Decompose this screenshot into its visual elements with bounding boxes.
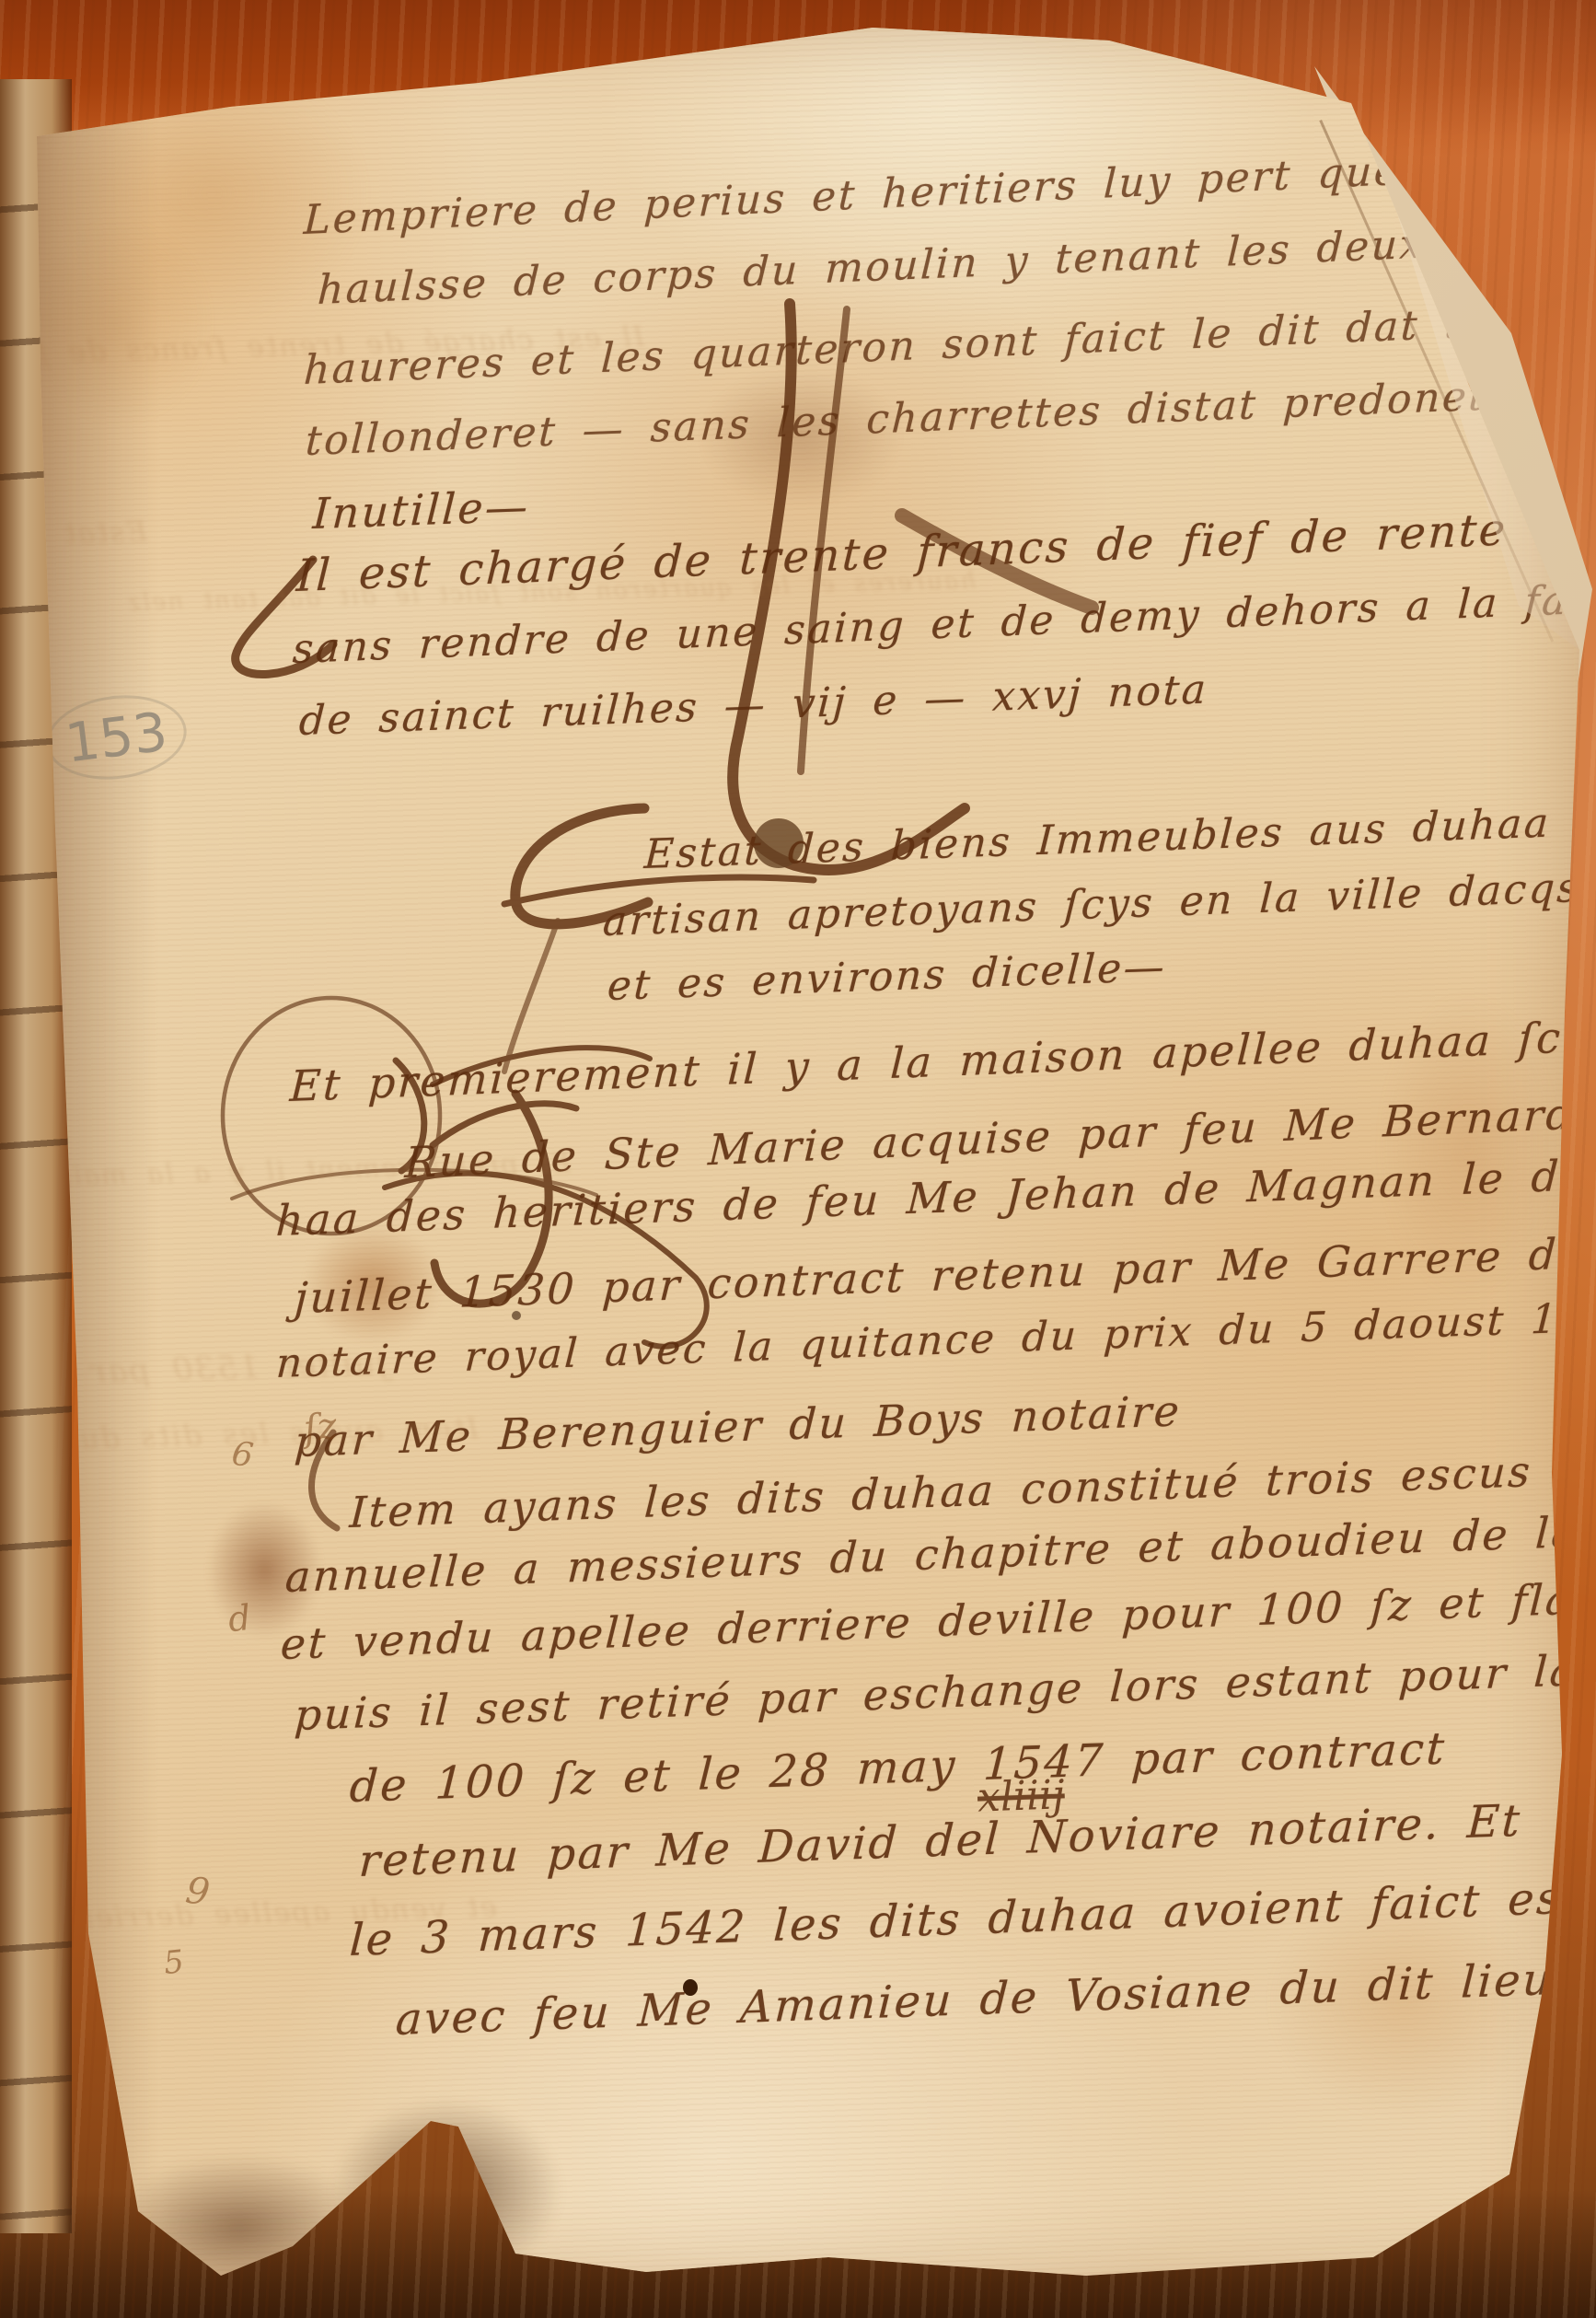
page-edge-shading [0,0,1596,2318]
photo-of-manuscript: Lempriere de perius et heritiers luy per… [0,0,1596,2318]
manuscript-page: Lempriere de perius et heritiers luy per… [0,0,1596,2318]
